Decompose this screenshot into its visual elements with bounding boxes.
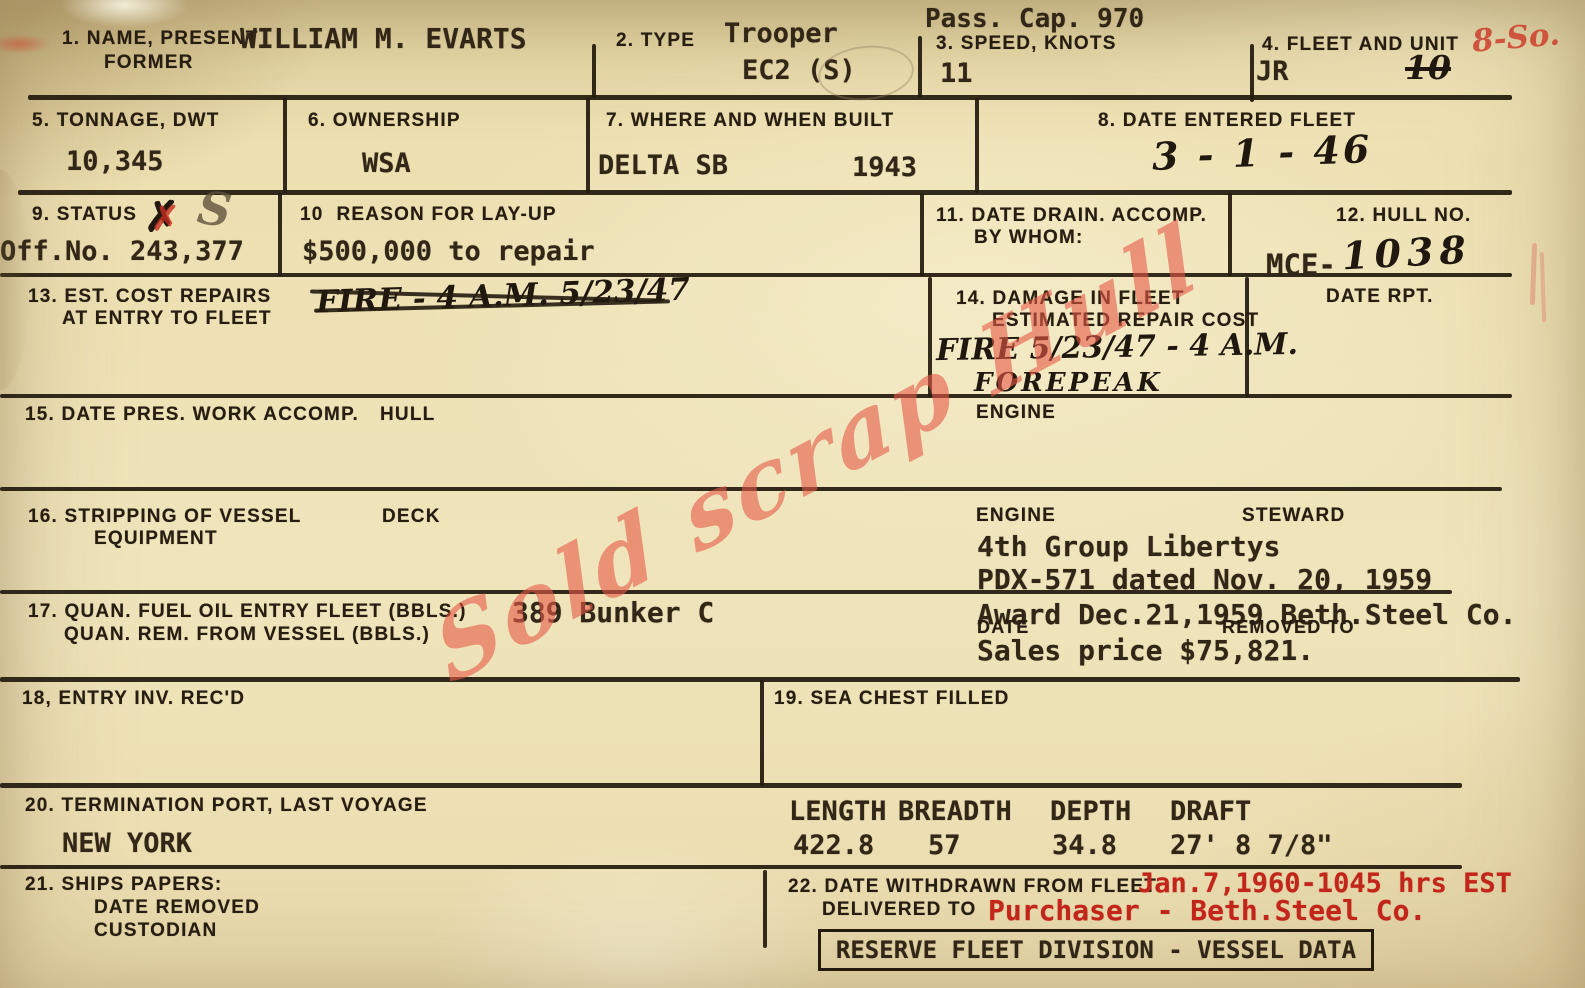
- ship-name-value: WILLIAM M. EVARTS: [240, 22, 527, 55]
- breadth-header: BREADTH: [898, 796, 1012, 827]
- field-1-label: 1. NAME, PRESENT: [62, 28, 259, 50]
- grid-line: [975, 98, 979, 193]
- field-17-sub-label: QUAN. REM. FROM VESSEL (BBLS.): [64, 624, 430, 646]
- field-7-label: 7. WHERE AND WHEN BUILT: [606, 110, 894, 132]
- length-header: LENGTH: [789, 796, 887, 827]
- field-16-sub-label: EQUIPMENT: [94, 528, 218, 550]
- depth-header: DEPTH: [1050, 796, 1131, 827]
- field-13-sub-label: AT ENTRY TO FLEET: [62, 308, 272, 330]
- field-21-date-removed-label: DATE REMOVED: [94, 897, 260, 919]
- depth-value: 34.8: [1052, 830, 1117, 861]
- reason-layup-value: $500,000 to repair: [302, 236, 595, 267]
- delivered-to-label: DELIVERED TO: [822, 899, 976, 921]
- paper-stain: [60, 0, 190, 28]
- paper-edge-shade: [0, 170, 30, 390]
- built-where-value: DELTA SB: [598, 150, 728, 181]
- sale-note-4: Sales price $75,821.: [977, 634, 1314, 667]
- grid-line: [28, 95, 1512, 100]
- field-21-label: 21. SHIPS PAPERS:: [25, 874, 222, 896]
- red-stroke-mark: [1530, 243, 1537, 305]
- termination-port-value: NEW YORK: [62, 828, 192, 859]
- grid-line: [18, 190, 1512, 195]
- field-18-label: 18, ENTRY INV. REC'D: [22, 688, 245, 710]
- sale-note-1: 4th Group Libertys: [977, 530, 1280, 563]
- field-11-bywhom-label: BY WHOM:: [974, 227, 1084, 249]
- date-entered-fleet-value: 3 - 1 - 46: [1151, 126, 1373, 179]
- field-1-former-label: FORMER: [104, 52, 194, 74]
- grid-line: [0, 783, 1462, 788]
- tonnage-value: 10,345: [66, 146, 164, 177]
- grid-line: [592, 44, 596, 98]
- fleet-unit-handwritten: 8-So.: [1471, 16, 1562, 60]
- field-20-label: 20. TERMINATION PORT, LAST VOYAGE: [25, 795, 428, 817]
- field-16-steward-label: STEWARD: [1242, 505, 1345, 527]
- built-year-value: 1943: [852, 152, 917, 183]
- status-pencil-s: S: [194, 180, 234, 238]
- field-10-label: 10 REASON FOR LAY-UP: [300, 204, 557, 226]
- grid-line: [278, 193, 282, 276]
- official-number-value: Off.No. 243,377: [0, 236, 244, 267]
- draft-value: 27' 8 7/8": [1170, 830, 1333, 861]
- field-9-label: 9. STATUS: [32, 204, 137, 226]
- field-5-label: 5. TONNAGE, DWT: [32, 110, 220, 132]
- grid-line: [920, 193, 924, 276]
- footer-title: RESERVE FLEET DIVISION - VESSEL DATA: [821, 936, 1371, 964]
- pass-cap-note: Pass. Cap. 970: [925, 4, 1144, 34]
- draft-header: DRAFT: [1170, 796, 1251, 827]
- hull-no-prefix: MCE-: [1266, 248, 1336, 282]
- fleet-unit-value: JR: [1256, 56, 1289, 87]
- field-6-label: 6. OWNERSHIP: [308, 110, 461, 132]
- red-smudge: [0, 34, 50, 54]
- delivered-to-value: Purchaser - Beth.Steel Co.: [988, 894, 1426, 927]
- field-3-label: 3. SPEED, KNOTS: [936, 33, 1117, 55]
- red-stroke-mark: [1540, 252, 1546, 322]
- sale-note-2: PDX-571 dated Nov. 20, 1959: [977, 563, 1432, 596]
- field-15-hull-label: HULL: [380, 404, 435, 426]
- grid-line: [763, 870, 767, 948]
- field-15-label: 15. DATE PRES. WORK ACCOMP.: [25, 404, 359, 426]
- field-21-custodian-label: CUSTODIAN: [94, 920, 217, 942]
- length-value: 422.8: [793, 830, 874, 861]
- grid-line: [586, 98, 590, 193]
- field-19-label: 19. SEA CHEST FILLED: [774, 688, 1010, 710]
- grid-line: [283, 98, 287, 193]
- grid-line: [918, 36, 922, 98]
- ownership-value: WSA: [362, 148, 411, 179]
- speed-value: 11: [940, 58, 973, 89]
- grid-line: [1228, 193, 1232, 276]
- field-16-engine-label: ENGINE: [976, 505, 1056, 527]
- vessel-data-card: 1. NAME, PRESENT FORMER WILLIAM M. EVART…: [0, 0, 1585, 988]
- field-2-label: 2. TYPE: [616, 30, 695, 52]
- grid-line: [0, 394, 1512, 398]
- field-13-label: 13. EST. COST REPAIRS: [28, 286, 271, 308]
- hull-no-value: 1038: [1341, 227, 1473, 279]
- field-16-label: 16. STRIPPING OF VESSEL: [28, 506, 302, 528]
- grid-line: [760, 680, 764, 786]
- field-16-deck-label: DECK: [382, 506, 441, 528]
- field-12-label: 12. HULL NO.: [1336, 205, 1471, 227]
- field-17-label: 17. QUAN. FUEL OIL ENTRY FLEET (BBLS.): [28, 601, 467, 623]
- status-x-mark-red: ✗: [151, 199, 180, 239]
- type-value-2: EC2 (S): [742, 55, 856, 86]
- grid-line: [1250, 44, 1254, 102]
- footer-title-box: RESERVE FLEET DIVISION - VESSEL DATA: [818, 929, 1374, 971]
- fleet-unit-struck-value: 10: [1405, 48, 1451, 87]
- date-rpt-label: DATE RPT.: [1326, 286, 1434, 308]
- type-value-1: Trooper: [724, 18, 838, 49]
- breadth-value: 57: [928, 830, 961, 861]
